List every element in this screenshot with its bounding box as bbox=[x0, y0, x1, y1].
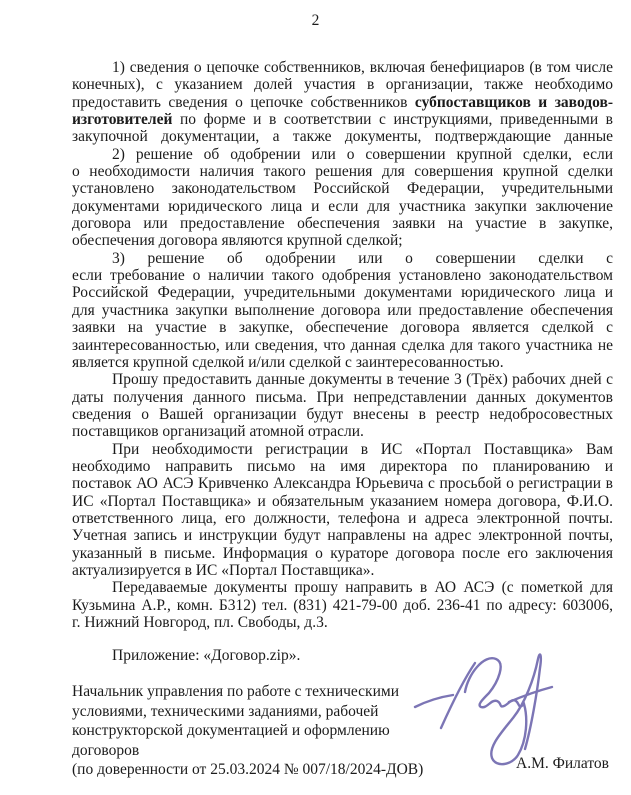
text-segment: предоставить сведения о цепочке собствен… bbox=[72, 94, 415, 111]
text-segment: заинтересованностью, или сведения, что д… bbox=[72, 337, 613, 354]
text-segment: 2) решение об одобрении или о совершении… bbox=[72, 146, 613, 163]
text-line: 3) решение об одобрении или о совершении… bbox=[72, 250, 613, 267]
paragraph-attachment: Приложение: «Договор.zip». bbox=[72, 647, 613, 664]
paragraph-item-3-interested-party-transaction: 3) решение об одобрении или о совершении… bbox=[72, 250, 613, 371]
text-line: если требование о наличии такого одобрен… bbox=[72, 267, 613, 284]
text-segment: заявки на участие в закупке, обеспечение… bbox=[72, 319, 613, 336]
signer-position-block: Начальник управления по работе с техниче… bbox=[72, 682, 452, 780]
text-line: Российской Федерации, учредительными док… bbox=[72, 284, 613, 301]
text-segment: обеспечения договора являются крупной сд… bbox=[72, 232, 403, 249]
text-line: закупочной документации, а также докумен… bbox=[72, 128, 613, 145]
text-segment: Российской Федерации, учредительными док… bbox=[72, 284, 613, 301]
text-line: актуализируется в ИС «Портал Поставщика»… bbox=[72, 562, 613, 579]
text-line: ответственного лица, его должности, теле… bbox=[72, 510, 613, 527]
paragraph-request-deadline: Прошу предоставить данные документы в те… bbox=[72, 371, 613, 440]
bold-text-segment: субпоставщиков и заводов- bbox=[415, 94, 613, 111]
text-segment: При необходимости регистрации в ИС «Порт… bbox=[112, 441, 613, 458]
page-number: 2 bbox=[0, 12, 631, 30]
text-line: сведения о Вашей организации будут внесе… bbox=[72, 406, 613, 423]
signer-position-line: (по доверенности от 25.03.2024 № 007/18/… bbox=[72, 760, 452, 780]
text-segment: о необходимости наличия такого решения д… bbox=[72, 163, 613, 180]
text-segment: ответственного лица, его должности, теле… bbox=[72, 510, 613, 527]
signer-position-line: Начальник управления по работе с техниче… bbox=[72, 682, 452, 702]
text-line: договора или предоставление обеспечения … bbox=[72, 215, 613, 232]
text-segment: установлено законодательством Российской… bbox=[72, 180, 613, 197]
text-segment: г. Нижний Новгород, пл. Свободы, д.3. bbox=[72, 614, 328, 631]
text-line: 2) решение об одобрении или о совершении… bbox=[72, 146, 613, 163]
paragraph-item-1-ownership-chain: 1) сведения о цепочке собственников, вкл… bbox=[72, 59, 613, 146]
bold-text-segment: изготовителей bbox=[72, 111, 172, 128]
text-segment: актуализируется в ИС «Портал Поставщика»… bbox=[72, 562, 374, 579]
text-segment: Учетная запись и инструкции будут направ… bbox=[72, 527, 613, 544]
text-line: о необходимости наличия такого решения д… bbox=[72, 163, 613, 180]
text-line: документами юридического лица и если для… bbox=[72, 198, 613, 215]
text-line: предоставить сведения о цепочке собствен… bbox=[72, 94, 613, 111]
text-line: ИС «Портал Поставщика» и обязательным ук… bbox=[72, 493, 613, 510]
letter-body: 1) сведения о цепочке собственников, вкл… bbox=[72, 59, 613, 665]
paragraph-item-2-major-transaction: 2) решение об одобрении или о совершении… bbox=[72, 146, 613, 250]
text-line: Учетная запись и инструкции будут направ… bbox=[72, 527, 613, 544]
text-line: Передаваемые документы прошу направить в… bbox=[72, 579, 613, 596]
signer-name: А.М. Филатов bbox=[516, 755, 609, 773]
text-line: необходимо направить письмо на имя дирек… bbox=[72, 458, 613, 475]
document-page: 2 1) сведения о цепочке собственников, в… bbox=[0, 0, 631, 795]
text-segment: для участника закупки выполнение договор… bbox=[72, 302, 613, 319]
text-segment: 1) сведения о цепочке собственников, вкл… bbox=[112, 59, 613, 76]
text-line: указанный в письме. Информация о куратор… bbox=[72, 545, 613, 562]
text-line: При необходимости регистрации в ИС «Порт… bbox=[72, 441, 613, 458]
text-segment: поставщиков организаций атомной отрасли. bbox=[72, 423, 364, 440]
text-segment: сведения о Вашей организации будут внесе… bbox=[72, 406, 613, 423]
text-segment: документами юридического лица и если для… bbox=[72, 198, 613, 215]
text-line: обеспечения договора являются крупной сд… bbox=[72, 232, 613, 249]
text-line: поставщиков организаций атомной отрасли. bbox=[72, 423, 613, 440]
text-segment: ИС «Портал Поставщика» и обязательным ук… bbox=[72, 493, 613, 510]
text-line: изготовителей по форме и в соответствии … bbox=[72, 111, 613, 128]
text-segment: Прошу предоставить данные документы в те… bbox=[112, 371, 613, 388]
text-line: 1) сведения о цепочке собственников, вкл… bbox=[72, 59, 613, 76]
text-line: даты получения данного письма. При непре… bbox=[72, 389, 613, 406]
paragraph-delivery-address: Передаваемые документы прошу направить в… bbox=[72, 579, 613, 631]
text-segment: Приложение: «Договор.zip». bbox=[112, 647, 300, 664]
text-segment: является крупной сделкой и/или сделкой с… bbox=[72, 354, 504, 371]
text-segment: Кузьмина А.Р., комн. Б312) тел. (831) 42… bbox=[72, 597, 613, 614]
text-line: г. Нижний Новгород, пл. Свободы, д.3. bbox=[72, 614, 613, 631]
text-line: поставок АО АСЭ Кривченко Александра Юрь… bbox=[72, 475, 613, 492]
text-line: Приложение: «Договор.zip». bbox=[72, 647, 613, 664]
text-line: конечных), с указанием долей участия в о… bbox=[72, 76, 613, 93]
text-segment: если требование о наличии такого одобрен… bbox=[72, 267, 613, 284]
text-segment: указанный в письме. Информация о куратор… bbox=[72, 545, 613, 562]
signer-position-line: конструкторской документацией и оформлен… bbox=[72, 721, 452, 741]
text-segment: по форме и в соответствии с инструкциями… bbox=[172, 111, 613, 128]
text-segment: конечных), с указанием долей участия в о… bbox=[72, 76, 613, 93]
text-segment: 3) решение об одобрении или о совершении… bbox=[72, 250, 613, 267]
signer-position-line: договоров bbox=[72, 741, 452, 761]
text-segment: даты получения данного письма. При непре… bbox=[72, 389, 613, 406]
text-line: заявки на участие в закупке, обеспечение… bbox=[72, 319, 613, 336]
text-line: для участника закупки выполнение договор… bbox=[72, 302, 613, 319]
text-segment: поставок АО АСЭ Кривченко Александра Юрь… bbox=[72, 475, 613, 492]
text-line: Кузьмина А.Р., комн. Б312) тел. (831) 42… bbox=[72, 597, 613, 614]
paragraph-portal-registration: При необходимости регистрации в ИС «Порт… bbox=[72, 441, 613, 580]
text-line: заинтересованностью, или сведения, что д… bbox=[72, 337, 613, 354]
text-line: установлено законодательством Российской… bbox=[72, 180, 613, 197]
text-segment: договора или предоставление обеспечения … bbox=[72, 215, 613, 232]
text-line: Прошу предоставить данные документы в те… bbox=[72, 371, 613, 388]
signer-position-line: условиями, техническими заданиями, рабоч… bbox=[72, 702, 452, 722]
text-line: является крупной сделкой и/или сделкой с… bbox=[72, 354, 613, 371]
text-segment: закупочной документации, а также докумен… bbox=[72, 128, 613, 145]
text-segment: Передаваемые документы прошу направить в… bbox=[112, 579, 613, 596]
text-segment: необходимо направить письмо на имя дирек… bbox=[72, 458, 613, 475]
